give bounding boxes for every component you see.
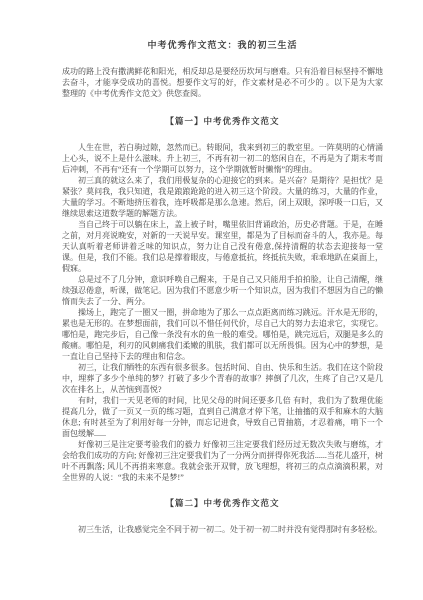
essay-1-paragraph-6: 初三，让我们牺牲的东西有很多很多。包括时间、自由、快乐和生活。我们在这个阶段中，… xyxy=(62,362,383,395)
essay-1-paragraph-8: 好像初三是注定要考验我们的毅力 好像初三注定要我们经历过无数次失败与磨练，才会给… xyxy=(62,439,383,483)
intro-paragraph: 成功的路上没有撒满鲜花和阳光，相反却总是要经历坎坷与磨难。只有沿着目标坚持不懈地… xyxy=(62,66,383,99)
essay-1-paragraph-4: 总是过不了几分钟，意识呼唤自己醒来，于是自己又只能用手拍拍脸，让自己清醒，继续强… xyxy=(62,274,383,307)
essay-2-paragraph-1: 初三生活，让我感觉完全不同于初一初二。处于初一初二时并没有觉得那时有多轻松。 xyxy=(62,524,383,535)
essay-1-paragraph-7: 有时，我们一天见老师的时间，比见父母的时间还要多几倍 有时，我们为了数理优能提高… xyxy=(62,395,383,439)
document-page: 中考优秀作文范文：我的初三生活 成功的路上没有撒满鲜花和阳光，相反却总是要经历坎… xyxy=(0,0,423,600)
document-title: 中考优秀作文范文：我的初三生活 xyxy=(62,38,383,51)
essay-1-paragraph-3: 当自己终于可以躺在床上，盖上被子时，嘴里依旧背诵政治，历史必背题。于是，在睡之前… xyxy=(62,219,383,274)
essay-1-paragraph-1: 人生在世，若白驹过隙，忽然而已。转眼间，我来到初三的教室里。一阵莫明的心情涌上心… xyxy=(62,142,383,175)
essay-1-paragraph-2: 初三真的就这么来了，我们用极复杂的心迎接它的到来。是兴奋？是期待？是担忧？是紧张… xyxy=(62,175,383,219)
section-1-heading: 【篇一】中考优秀作文范文 xyxy=(62,115,383,127)
essay-1-paragraph-5: 操场上，跑完了一圈又一圈，拼命地为了那么一点点距离而练习跳远。汗水是无形的，累也… xyxy=(62,307,383,362)
section-2-heading: 【篇二】中考优秀作文范文 xyxy=(62,497,383,509)
